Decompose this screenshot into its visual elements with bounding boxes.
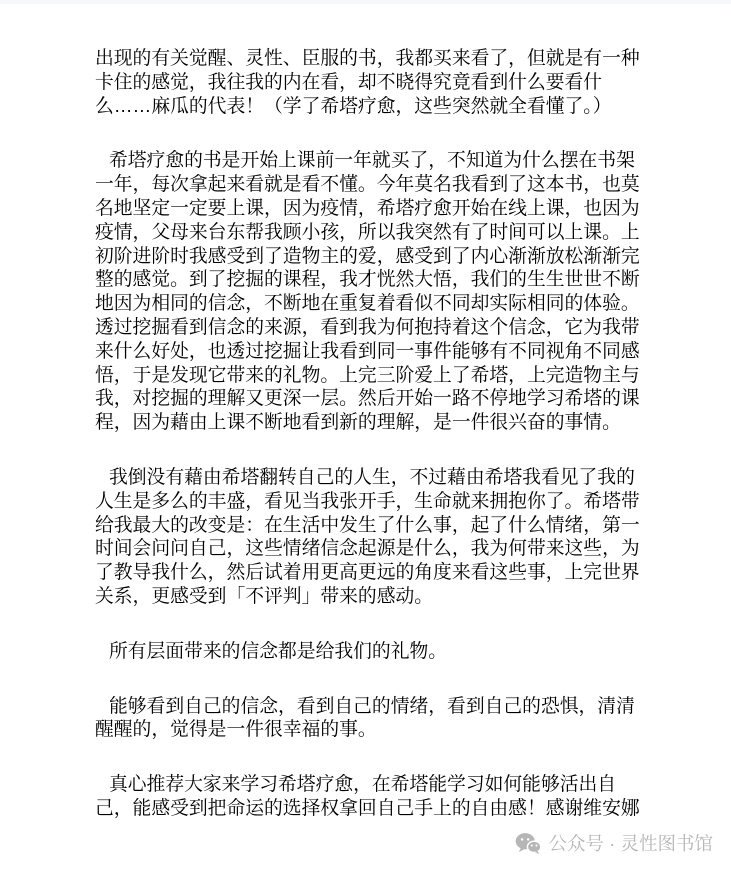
text-line: 么……麻瓜的代表！（学了希塔疗愈，这些突然就全看懂了。） — [95, 94, 691, 118]
text-line: 透过挖掘看到信念的来源，看到我为何抱持着这个信念，它为我带 — [95, 315, 691, 339]
text-line: 出现的有关觉醒、灵性、臣服的书，我都买来看了，但就是有一种 — [95, 46, 691, 70]
text-line: 程，因为藉由上课不断地看到新的理解，是一件很兴奋的事情。 — [95, 410, 691, 434]
text-line: 名地坚定一定要上课，因为疫情，希塔疗愈开始在线上课，也因为 — [95, 196, 691, 220]
text-line: 来什么好处，也透过挖掘让我看到同一事件能够有不同视角不同感 — [95, 339, 691, 363]
watermark-text: 公众号 · 灵性图书馆 — [549, 832, 713, 856]
text-line: 疫情，父母来台东帮我顾小孩，所以我突然有了时间可以上课。上 — [95, 220, 691, 244]
paragraph: 我倒没有藉由希塔翻转自己的人生，不过藉由希塔我看见了我的 人生是多么的丰盛，看见… — [95, 465, 691, 608]
paragraph: 能够看到自己的信念，看到自己的情绪，看到自己的恐惧，清清 醒醒的，觉得是一件很幸… — [95, 694, 691, 742]
text-line: 地因为相同的信念，不断地在重复着看似不同却实际相同的体验。 — [95, 291, 691, 315]
text-line: 整的感觉。到了挖掘的课程，我才恍然大悟，我们的生生世世不断 — [95, 267, 691, 291]
text-line: 醒醒的，觉得是一件很幸福的事。 — [95, 717, 691, 741]
text-line: 时间会问问自己，这些情绪信念起源是什么，我为何带来这些，为 — [95, 536, 691, 560]
paragraph: 所有层面带来的信念都是给我们的礼物。 — [95, 639, 691, 663]
text-line: 卡住的感觉，我往我的内在看，却不晓得究竟看到什么要看什 — [95, 70, 691, 94]
text-line: 初阶进阶时我感受到了造物主的爱，感受到了内心渐渐放松渐渐完 — [95, 244, 691, 268]
text-line: 真心推荐大家来学习希塔疗愈，在希塔能学习如何能够活出自 — [95, 772, 691, 796]
text-line: 悟，于是发现它带来的礼物。上完三阶爱上了希塔，上完造物主与 — [95, 363, 691, 387]
wechat-icon — [515, 832, 541, 855]
text-line: 给我最大的改变是：在生活中发生了什么事，起了什么情绪，第一 — [95, 513, 691, 537]
paragraph: 真心推荐大家来学习希塔疗愈，在希塔能学习如何能够活出自 己，能感受到把命运的选择… — [95, 772, 691, 820]
watermark: 公众号 · 灵性图书馆 — [0, 832, 731, 856]
text-line: 所有层面带来的信念都是给我们的礼物。 — [95, 639, 691, 663]
paragraph: 出现的有关觉醒、灵性、臣服的书，我都买来看了，但就是有一种 卡住的感觉，我往我的… — [95, 46, 691, 117]
text-line: 我倒没有藉由希塔翻转自己的人生，不过藉由希塔我看见了我的 — [95, 465, 691, 489]
text-line: 能够看到自己的信念，看到自己的情绪，看到自己的恐惧，清清 — [95, 694, 691, 718]
text-line: 一年，每次拿起来看就是看不懂。今年莫名我看到了这本书，也莫 — [95, 172, 691, 196]
text-line: 希塔疗愈的书是开始上课前一年就买了，不知道为什么摆在书架 — [95, 148, 691, 172]
text-line: 了教导我什么，然后试着用更高更远的角度来看这些事，上完世界 — [95, 560, 691, 584]
article-page: 出现的有关觉醒、灵性、臣服的书，我都买来看了，但就是有一种 卡住的感觉，我往我的… — [0, 4, 731, 820]
text-line: 人生是多么的丰盛，看见当我张开手，生命就来拥抱你了。希塔带 — [95, 489, 691, 513]
text-line: 关系，更感受到「不评判」带来的感动。 — [95, 584, 691, 608]
text-line: 己，能感受到把命运的选择权拿回自己手上的自由感！感谢维安娜 — [95, 796, 691, 820]
text-line: 我，对挖掘的理解又更深一层。然后开始一路不停地学习希塔的课 — [95, 386, 691, 410]
paragraph: 希塔疗愈的书是开始上课前一年就买了，不知道为什么摆在书架 一年，每次拿起来看就是… — [95, 148, 691, 434]
